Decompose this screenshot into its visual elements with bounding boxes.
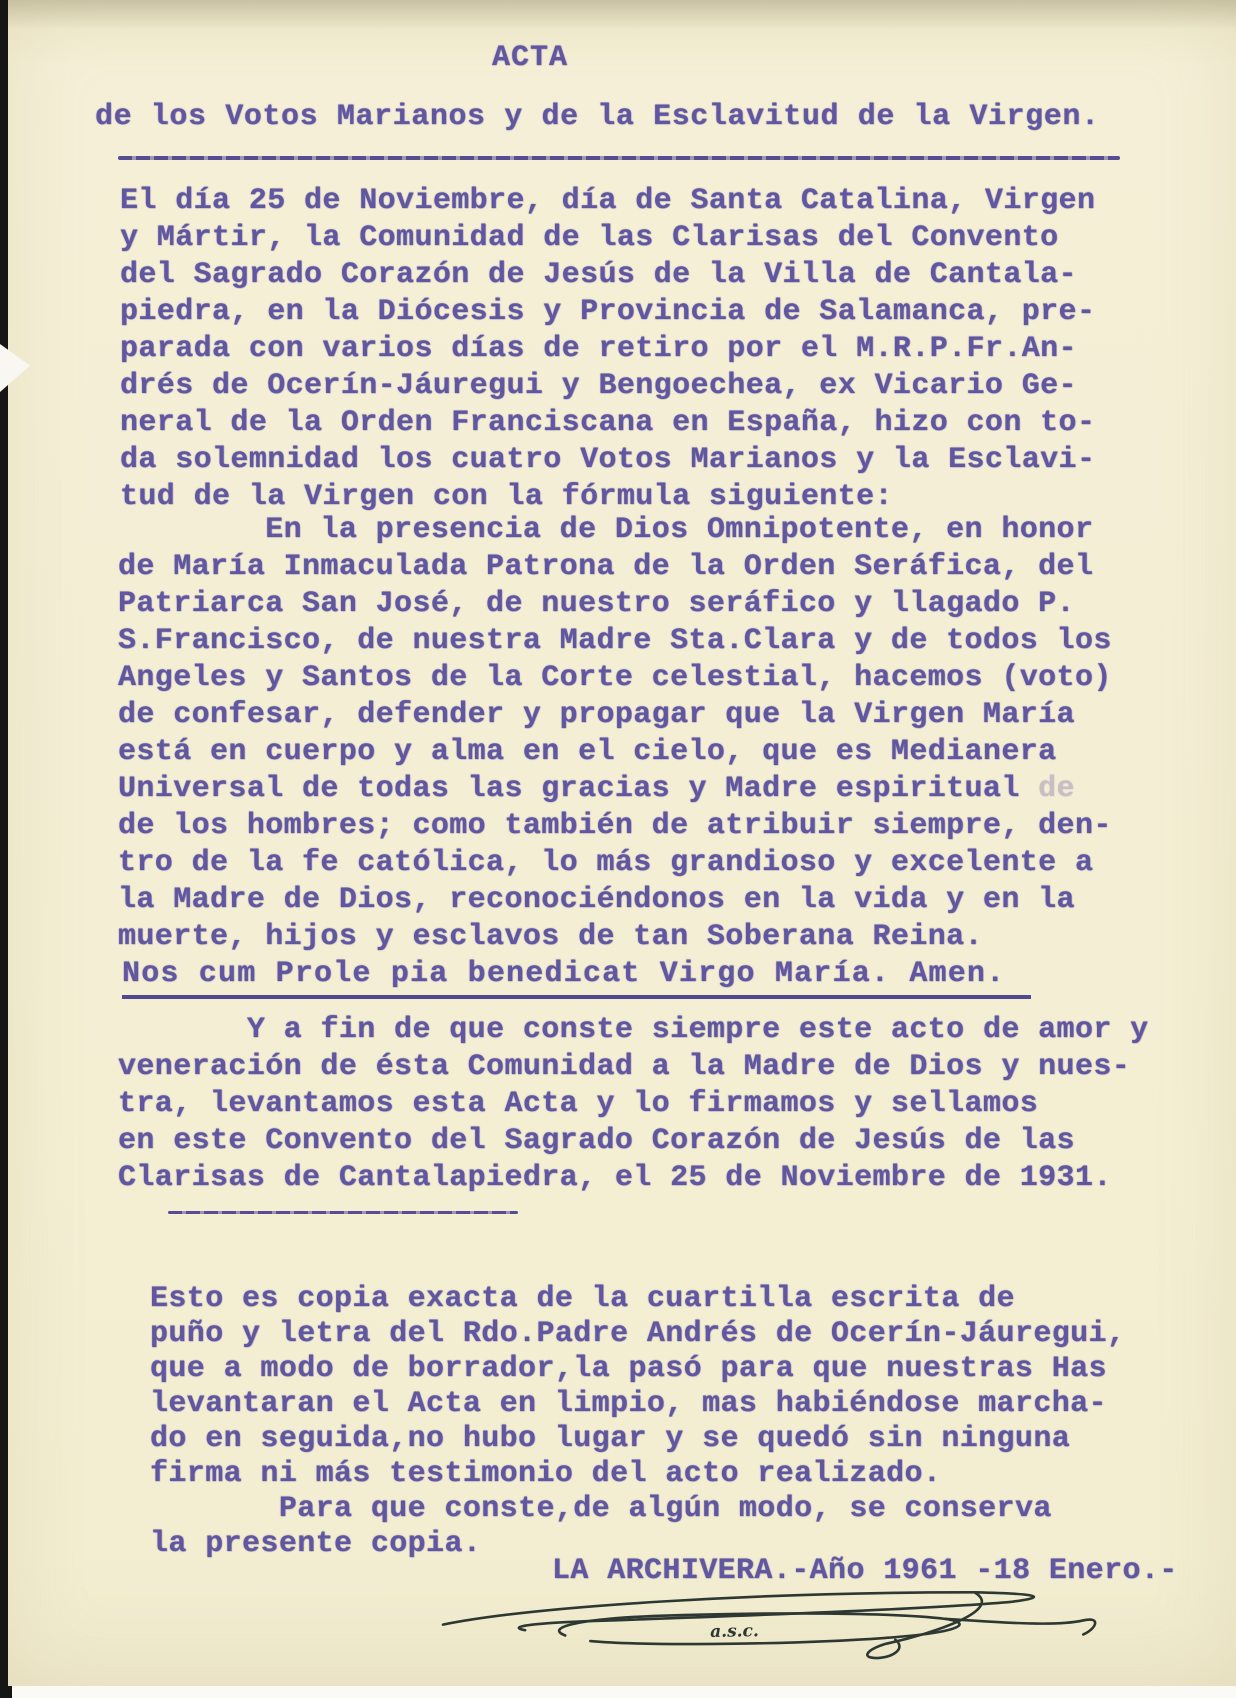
latin-blessing-text: Nos cum Prole pia benedicat Virgo María.… xyxy=(122,956,1031,999)
copy-note-paragraph: Esto es copia exacta de la cuartilla esc… xyxy=(150,1282,1125,1562)
opening-paragraph: El día 25 de Noviembre, día de Santa Cat… xyxy=(120,183,1095,516)
page-title: ACTA xyxy=(100,40,960,77)
section-rule xyxy=(168,1211,518,1214)
page-subtitle: de los Votos Marianos y de la Esclavitud… xyxy=(95,99,1100,136)
formula-paragraph-text-continued: de los hombres; como también de atribuir… xyxy=(118,809,1112,954)
formula-paragraph-text: En la presencia de Dios Omnipotente, en … xyxy=(118,513,1112,806)
formula-paragraph: En la presencia de Dios Omnipotente, en … xyxy=(118,512,1112,956)
signature-flourish: a.s.c. xyxy=(414,1568,1116,1675)
signature-initials: a.s.c. xyxy=(710,1621,759,1642)
title-rule xyxy=(118,156,1120,160)
latin-blessing-line: Nos cum Prole pia benedicat Virgo María.… xyxy=(122,956,1031,999)
closing-paragraph: Y a fin de que conste siempre este acto … xyxy=(118,1012,1149,1197)
signature-stroke-tail xyxy=(945,1616,1095,1637)
signature-stroke-hook xyxy=(866,1592,983,1658)
formula-ghost-word: de xyxy=(1020,772,1075,806)
page-content: ACTA de los Votos Marianos y de la Escla… xyxy=(0,0,1236,1698)
